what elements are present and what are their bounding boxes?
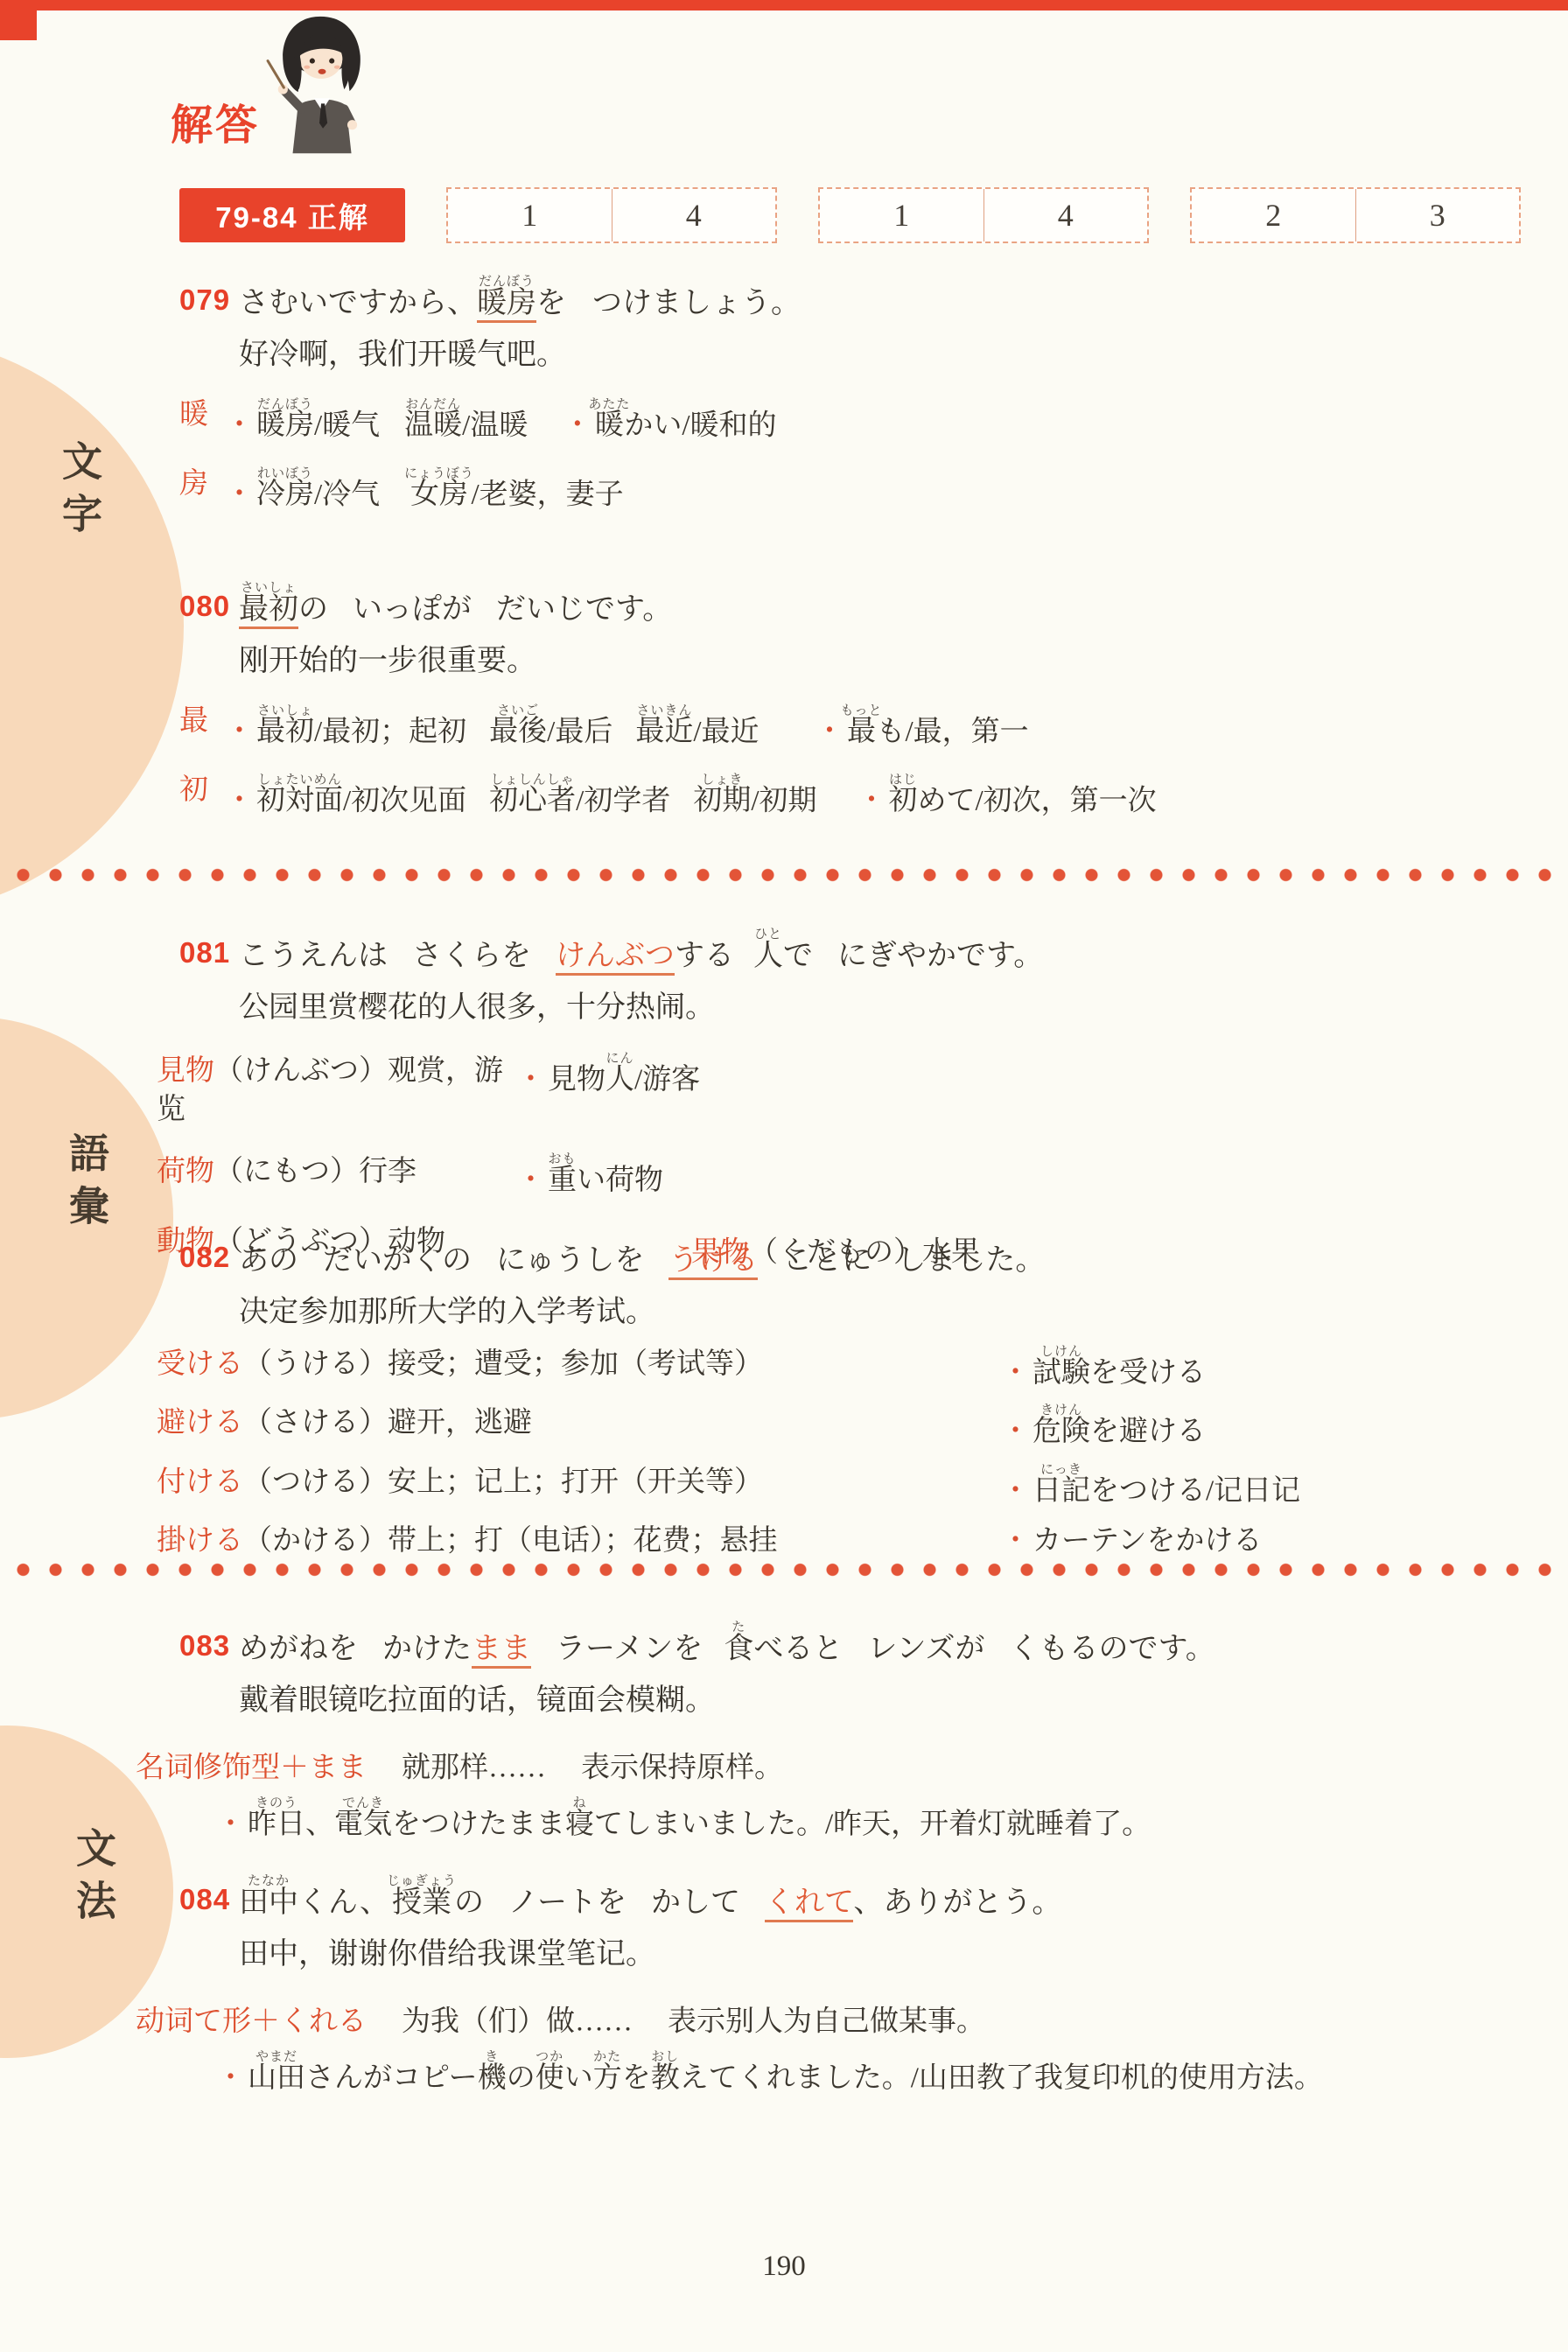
answer-box-group-2: 1 4 (818, 187, 1149, 243)
question-translation: 刚开始的一步很重要。 (239, 640, 1550, 682)
question-sentence-row: 083 めがねを かけたまま ラーメンを 食たべると レンズが くもるのです。 (179, 1599, 1550, 1668)
vocab-example: ・試験しけんを受ける (1001, 1345, 1550, 1393)
question-sentence: あの だいがくの にゅうしを うける ことに しました。 (239, 1235, 1045, 1279)
section-label-moji: 文字 (51, 440, 108, 545)
vocab-row: 避ける（さける）避开，逃避 ・危険きけんを避ける (157, 1403, 1550, 1452)
question-sentence-row: 080 最初さいしょの いっぽが だいじです。 (179, 560, 1550, 628)
vocab-row: 房 ・冷房れいぼう/冷气 女房にょうぼう/老婆，妻子 (179, 465, 1550, 514)
vocab-example: ・日記にっきをつける/记日记 (1001, 1463, 1550, 1511)
vocab-head-char: 初 (179, 771, 225, 821)
question-084: 084 田中たなかくん、授業じゅぎょうの ノートを かして くれて、ありがとう。… (179, 1853, 1550, 2097)
vocab-head-char: 最 (179, 702, 225, 752)
question-sentence-row: 079 さむいですから、暖房だんぼうを つけましょう。 (179, 254, 1550, 322)
question-080: 080 最初さいしょの いっぽが だいじです。 刚开始的一步很重要。 最 ・最初… (179, 560, 1550, 821)
vocab-example: ・見物人にん/游客 (516, 1052, 1550, 1130)
answer-80: 4 (612, 189, 776, 241)
section-label-goi: 語彙 (58, 1132, 115, 1237)
question-083: 083 めがねを かけたまま ラーメンを 食たべると レンズが くもるのです。 … (179, 1599, 1550, 1844)
question-number: 079 (179, 283, 239, 322)
vocab-row: 初 ・初対面しょたいめん/初次见面 初心者しょしんしゃ/初学者 初期しょき/初期… (179, 771, 1550, 821)
grammar-pattern: 动词て形＋くれる 为我（们）做…… 表示别人为自己做某事。 (136, 1991, 1550, 2041)
question-translation: 好冷啊，我们开暖气吧。 (239, 334, 1550, 376)
vocab-word: 掛ける（かける）带上；打（电话）；花费；悬挂 (157, 1522, 1001, 1561)
vocab-row: 暖 ・暖房だんぼう/暖气 温暖おんだん/温暖 ・暖あたたかい/暖和的 (179, 395, 1550, 445)
answer-84: 3 (1355, 189, 1520, 241)
question-number: 083 (179, 1629, 239, 1668)
vocab-entries: ・初対面しょたいめん/初次见面 初心者しょしんしゃ/初学者 初期しょき/初期 ・… (225, 771, 1550, 821)
section-label-bunpo: 文法 (65, 1827, 122, 1932)
section-marker-moji: 文字 (0, 337, 184, 914)
page-number: 190 (0, 2250, 1568, 2283)
grammar-pattern: 名词修饰型＋まま 就那样…… 表示保持原样。 (136, 1738, 1550, 1788)
question-translation: 田中，谢谢你借给我课堂笔记。 (239, 1934, 1550, 1976)
vocab-example: ・危険きけんを避ける (1001, 1403, 1550, 1452)
grammar-example: ・山田やまださんがコピー機きの使つかい方かたを教おしえてくれました。/山田教了我… (216, 2050, 1550, 2098)
question-sentence: 最初さいしょの いっぽが だいじです。 (239, 581, 672, 628)
vocab-row: 受ける（うける）接受；遭受；参加（考试等） ・試験しけんを受ける (157, 1345, 1550, 1393)
question-082: 082 あの だいがくの にゅうしを うける ことに しました。 决定参加那所大… (179, 1211, 1550, 1561)
vocab-row: 見物（けんぶつ）观赏，游览 ・見物人にん/游客 (157, 1052, 1550, 1130)
vocab-word: 見物（けんぶつ）观赏，游览 (157, 1052, 516, 1130)
vocab-row: 荷物（にもつ）行李 ・重おもい荷物 (157, 1152, 1550, 1200)
textbook-page: 文字 語彙 文法 解答 79-84 正解 1 4 1 (0, 0, 1568, 2352)
vocab-head-char: 房 (179, 465, 225, 514)
question-translation: 戴着眼镜吃拉面的话，镜面会模糊。 (239, 1680, 1550, 1722)
vocab-row: 付ける（つける）安上；记上；打开（开关等） ・日記にっきをつける/记日记 (157, 1463, 1550, 1511)
question-number: 081 (179, 936, 239, 975)
question-sentence: めがねを かけたまま ラーメンを 食たべると レンズが くもるのです。 (239, 1620, 1215, 1668)
vocab-entries: ・冷房れいぼう/冷气 女房にょうぼう/老婆，妻子 (225, 465, 1550, 514)
answer-box-group-3: 2 3 (1190, 187, 1521, 243)
vocab-example: ・カーテンをかける (1001, 1522, 1550, 1561)
question-sentence: 田中たなかくん、授業じゅぎょうの ノートを かして くれて、ありがとう。 (239, 1874, 1061, 1921)
answer-81: 1 (820, 189, 983, 241)
vocab-entries: ・暖房だんぼう/暖气 温暖おんだん/温暖 ・暖あたたかい/暖和的 (225, 395, 1550, 445)
vocab-row: 掛ける（かける）带上；打（电话）；花费；悬挂 ・カーテンをかける (157, 1522, 1550, 1561)
page-title: 解答 (171, 91, 260, 151)
vocab-entries: ・最初さいしょ/最初；起初 最後さいご/最后 最近さいきん/最近 ・最もっとも/… (225, 702, 1550, 752)
vocab-word: 付ける（つける）安上；记上；打开（开关等） (157, 1463, 1001, 1511)
question-sentence-row: 082 あの だいがくの にゅうしを うける ことに しました。 (179, 1211, 1550, 1279)
question-sentence-row: 084 田中たなかくん、授業じゅぎょうの ノートを かして くれて、ありがとう。 (179, 1853, 1550, 1921)
question-sentence: こうえんは さくらを けんぶつする 人ひとで にぎやかです。 (239, 927, 1043, 975)
question-sentence: さむいですから、暖房だんぼうを つけましょう。 (239, 275, 801, 322)
answer-79: 1 (448, 189, 612, 241)
dotted-divider (7, 1563, 1561, 1577)
question-translation: 公园里赏樱花的人很多，十分热闹。 (239, 987, 1550, 1029)
dotted-divider (7, 868, 1561, 882)
top-accent-bar (0, 0, 1568, 10)
corner-accent-block (0, 0, 37, 40)
answer-83: 2 (1192, 189, 1355, 241)
grammar-example: ・昨日きのう、電気でんきをつけたまま寝ねてしまいました。/昨天，开着灯就睡着了。 (216, 1796, 1550, 1844)
question-number: 082 (179, 1241, 239, 1279)
question-number: 084 (179, 1883, 239, 1921)
answer-key-row: 79-84 正解 1 4 1 4 2 3 (179, 187, 1521, 243)
answer-range-badge: 79-84 正解 (179, 188, 405, 242)
section-marker-goi: 語彙 (0, 1017, 173, 1419)
question-079: 079 さむいですから、暖房だんぼうを つけましょう。 好冷啊，我们开暖气吧。 … (179, 254, 1550, 514)
answer-box-group-1: 1 4 (446, 187, 777, 243)
vocab-head-char: 暖 (179, 395, 225, 445)
vocab-word: 受ける（うける）接受；遭受；参加（考试等） (157, 1345, 1001, 1393)
vocab-example: ・重おもい荷物 (516, 1152, 1550, 1200)
vocab-word: 荷物（にもつ）行李 (157, 1152, 516, 1200)
vocab-row: 最 ・最初さいしょ/最初；起初 最後さいご/最后 最近さいきん/最近 ・最もっと… (179, 702, 1550, 752)
question-sentence-row: 081 こうえんは さくらを けんぶつする 人ひとで にぎやかです。 (179, 906, 1550, 975)
teacher-illustration (262, 9, 378, 159)
question-number: 080 (179, 590, 239, 628)
question-translation: 决定参加那所大学的入学考试。 (239, 1291, 1550, 1333)
vocab-word: 避ける（さける）避开，逃避 (157, 1403, 1001, 1452)
answer-82: 4 (983, 189, 1148, 241)
